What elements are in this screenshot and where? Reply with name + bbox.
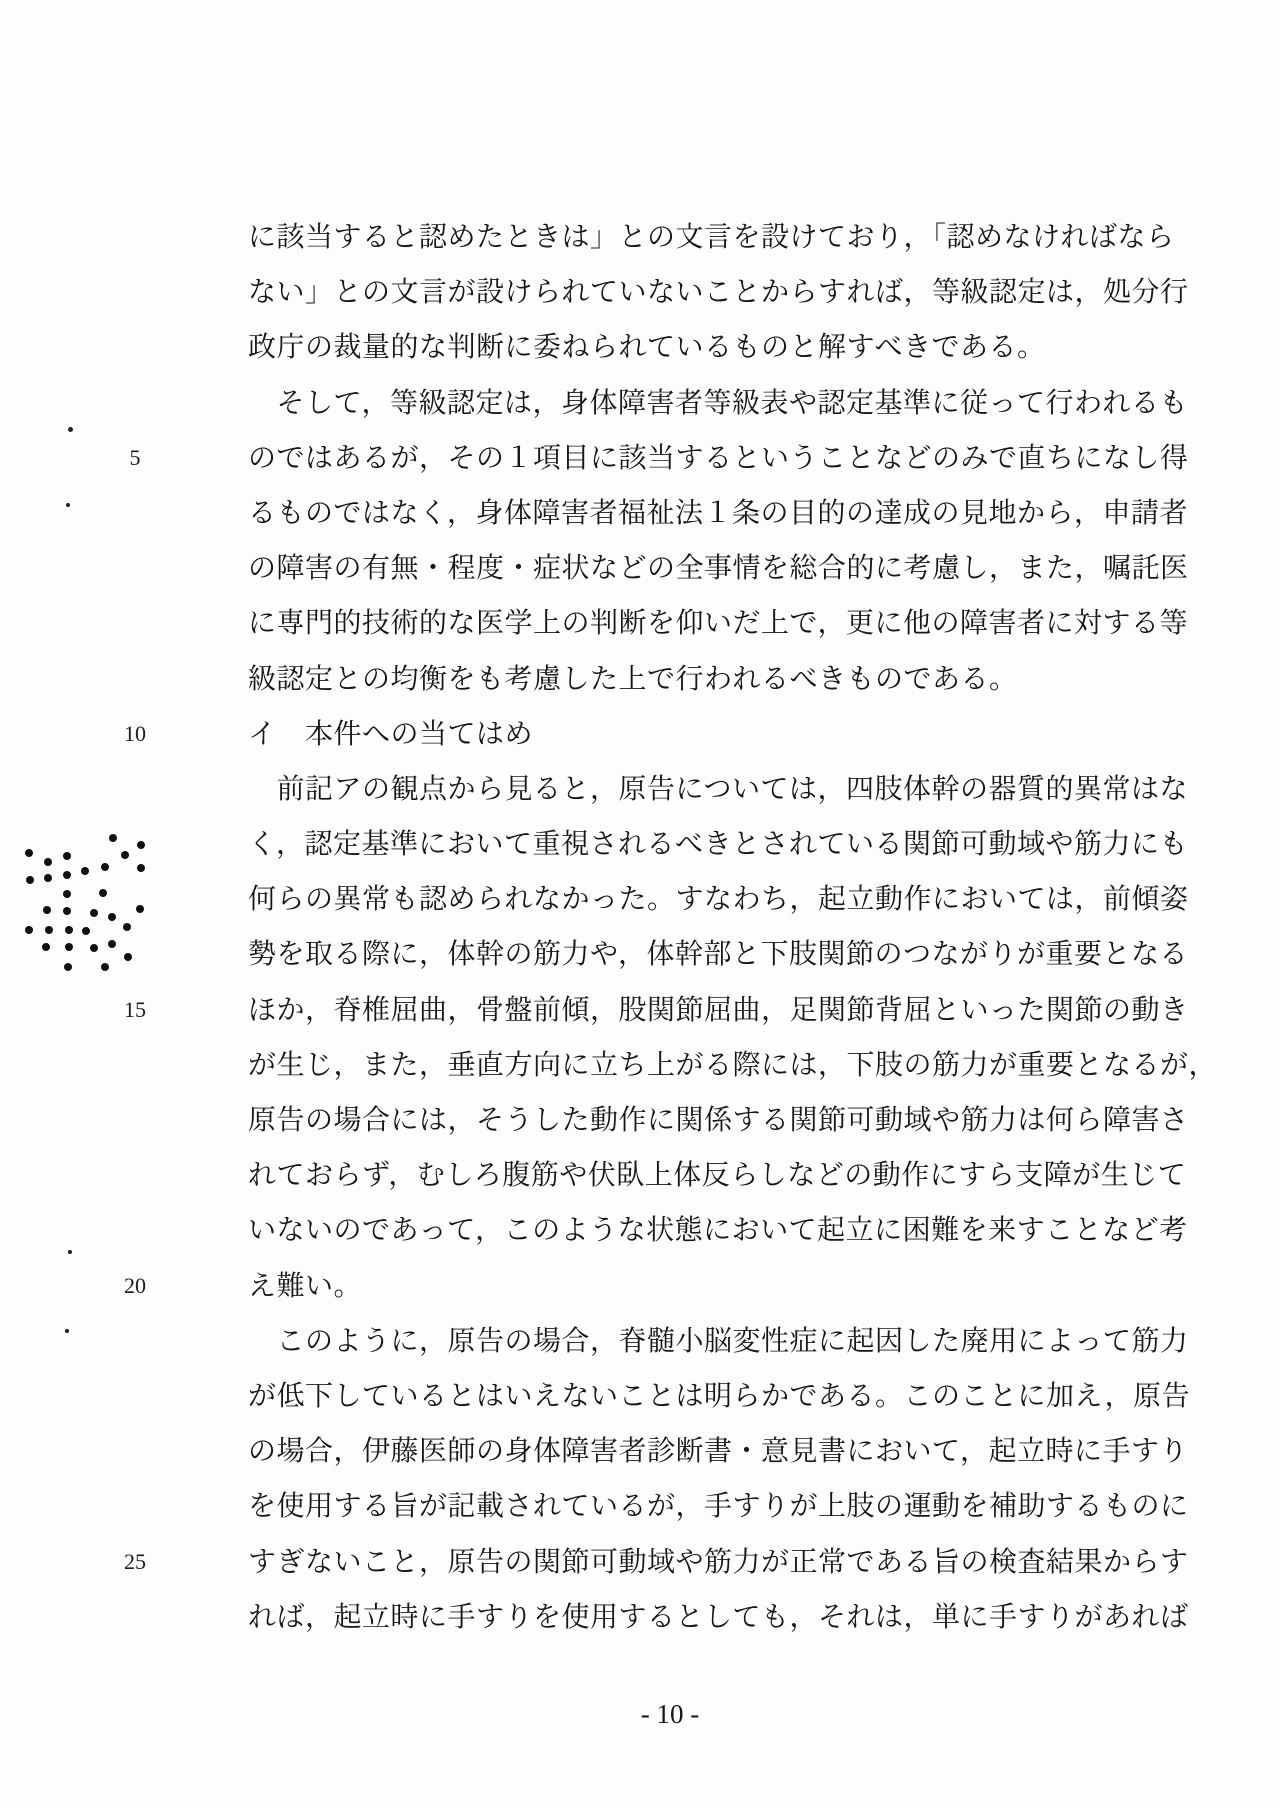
- ink-dot: [44, 858, 52, 866]
- ink-dot: [45, 926, 53, 934]
- ink-speck: [66, 503, 70, 507]
- margin-line-number: 15: [100, 997, 170, 1023]
- ink-dot: [81, 867, 89, 875]
- text-line: そして，等級認定は，身体障害者等級表や認定基準に従って行われるも: [248, 376, 1208, 431]
- text-line: の障害の有無・程度・症状などの全事情を総合的に考慮し，また，嘱託医: [248, 541, 1208, 596]
- ink-dot: [44, 874, 52, 882]
- text-line: に該当すると認めたときは」との文言を設けており，「認めなければなら: [248, 210, 1208, 265]
- ink-speck: [65, 1329, 69, 1333]
- scanned-document-page: 510152025 に該当すると認めたときは」との文言を設けており，「認めなけれ…: [0, 0, 1280, 1809]
- ink-speck: [68, 427, 73, 432]
- text-line: 級認定との均衡をも考慮した上で行われるべきものである。: [248, 652, 1208, 707]
- ink-dot: [101, 963, 109, 971]
- ink-dot: [90, 909, 98, 917]
- ink-dot: [26, 876, 34, 884]
- ink-dot: [25, 926, 33, 934]
- ink-dot: [63, 890, 71, 898]
- ink-dot: [137, 864, 145, 872]
- text-line: 原告の場合には，そうした動作に関係する関節可動域や筋力は何ら障害さ: [248, 1093, 1208, 1148]
- ink-dot: [43, 906, 51, 914]
- text-line: に専門的技術的な医学上の判断を仰いだ上で，更に他の障害者に対する等: [248, 596, 1208, 651]
- ink-dot: [121, 851, 129, 859]
- ink-dot: [63, 907, 71, 915]
- text-line: 勢を取る際に，体幹の筋力や，体幹部と下肢関節のつながりが重要となる: [248, 927, 1208, 982]
- text-line: 何らの異常も認められなかった。すなわち，起立動作においては，前傾姿: [248, 872, 1208, 927]
- ink-dot: [136, 905, 144, 913]
- margin-line-number: 5: [100, 445, 170, 471]
- ink-dot: [25, 849, 33, 857]
- ink-dot: [82, 927, 90, 935]
- ink-dot: [108, 940, 116, 948]
- ink-dot: [101, 863, 109, 871]
- ink-dot: [42, 943, 50, 951]
- text-line: を使用する旨が記載されているが，手すりが上肢の運動を補助するものに: [248, 1479, 1208, 1534]
- text-line: すぎないこと，原告の関節可動域や筋力が正常である旨の検査結果からす: [248, 1535, 1208, 1590]
- ink-dot: [63, 852, 71, 860]
- ink-dot: [65, 926, 73, 934]
- body-text: に該当すると認めたときは」との文言を設けており，「認めなければならない」との文言…: [248, 210, 1208, 1645]
- text-line: このように，原告の場合，脊髄小脳変性症に起因した廃用によって筋力: [248, 1314, 1208, 1369]
- text-line: ない」との文言が設けられていないことからすれば，等級認定は，処分行: [248, 265, 1208, 320]
- text-line: の場合，伊藤医師の身体障害者診断書・意見書において，起立時に手すり: [248, 1424, 1208, 1479]
- text-line: るものではなく，身体障害者福祉法１条の目的の達成の見地から，申請者: [248, 486, 1208, 541]
- text-line: 政庁の裁量的な判断に委ねられているものと解すべきである。: [248, 320, 1208, 375]
- ink-dot: [124, 953, 132, 961]
- page-number: - 10 -: [590, 1698, 750, 1730]
- ink-dot: [108, 913, 116, 921]
- text-line: のではあるが，その１項目に該当するということなどのみで直ちになし得: [248, 431, 1208, 486]
- text-line: が低下しているとはいえないことは明らかである。このことに加え，原告: [248, 1369, 1208, 1424]
- margin-line-number: 20: [100, 1273, 170, 1299]
- ink-dot: [64, 963, 72, 971]
- ink-dot: [123, 923, 131, 931]
- ink-speck: [68, 1250, 72, 1254]
- margin-line-number: 10: [100, 721, 170, 747]
- text-line: え難い。: [248, 1259, 1208, 1314]
- text-line: イ 本件への当てはめ: [248, 707, 1208, 762]
- text-line: れば，起立時に手すりを使用するとしても，それは，単に手すりがあれば: [248, 1590, 1208, 1645]
- text-line: が生じ，また，垂直方向に立ち上がる際には，下肢の筋力が重要となるが，: [248, 1038, 1208, 1093]
- ink-dot: [90, 944, 98, 952]
- text-line: れておらず，むしろ腹筋や伏臥上体反らしなどの動作にすら支障が生じて: [248, 1148, 1208, 1203]
- text-line: ほか，脊椎屈曲，骨盤前傾，股関節屈曲，足関節背屈といった関節の動き: [248, 983, 1208, 1038]
- ink-dot: [109, 834, 117, 842]
- ink-dot: [63, 871, 71, 879]
- ink-dot: [137, 841, 145, 849]
- ink-dot: [99, 889, 107, 897]
- text-line: いないのであって，このような状態において起立に困難を来すことなど考: [248, 1203, 1208, 1258]
- ink-dot: [65, 943, 73, 951]
- text-line: く，認定基準において重視されるべきとされている関節可動域や筋力にも: [248, 817, 1208, 872]
- text-line: 前記アの観点から見ると，原告については，四肢体幹の器質的異常はな: [248, 762, 1208, 817]
- margin-line-number: 25: [100, 1549, 170, 1575]
